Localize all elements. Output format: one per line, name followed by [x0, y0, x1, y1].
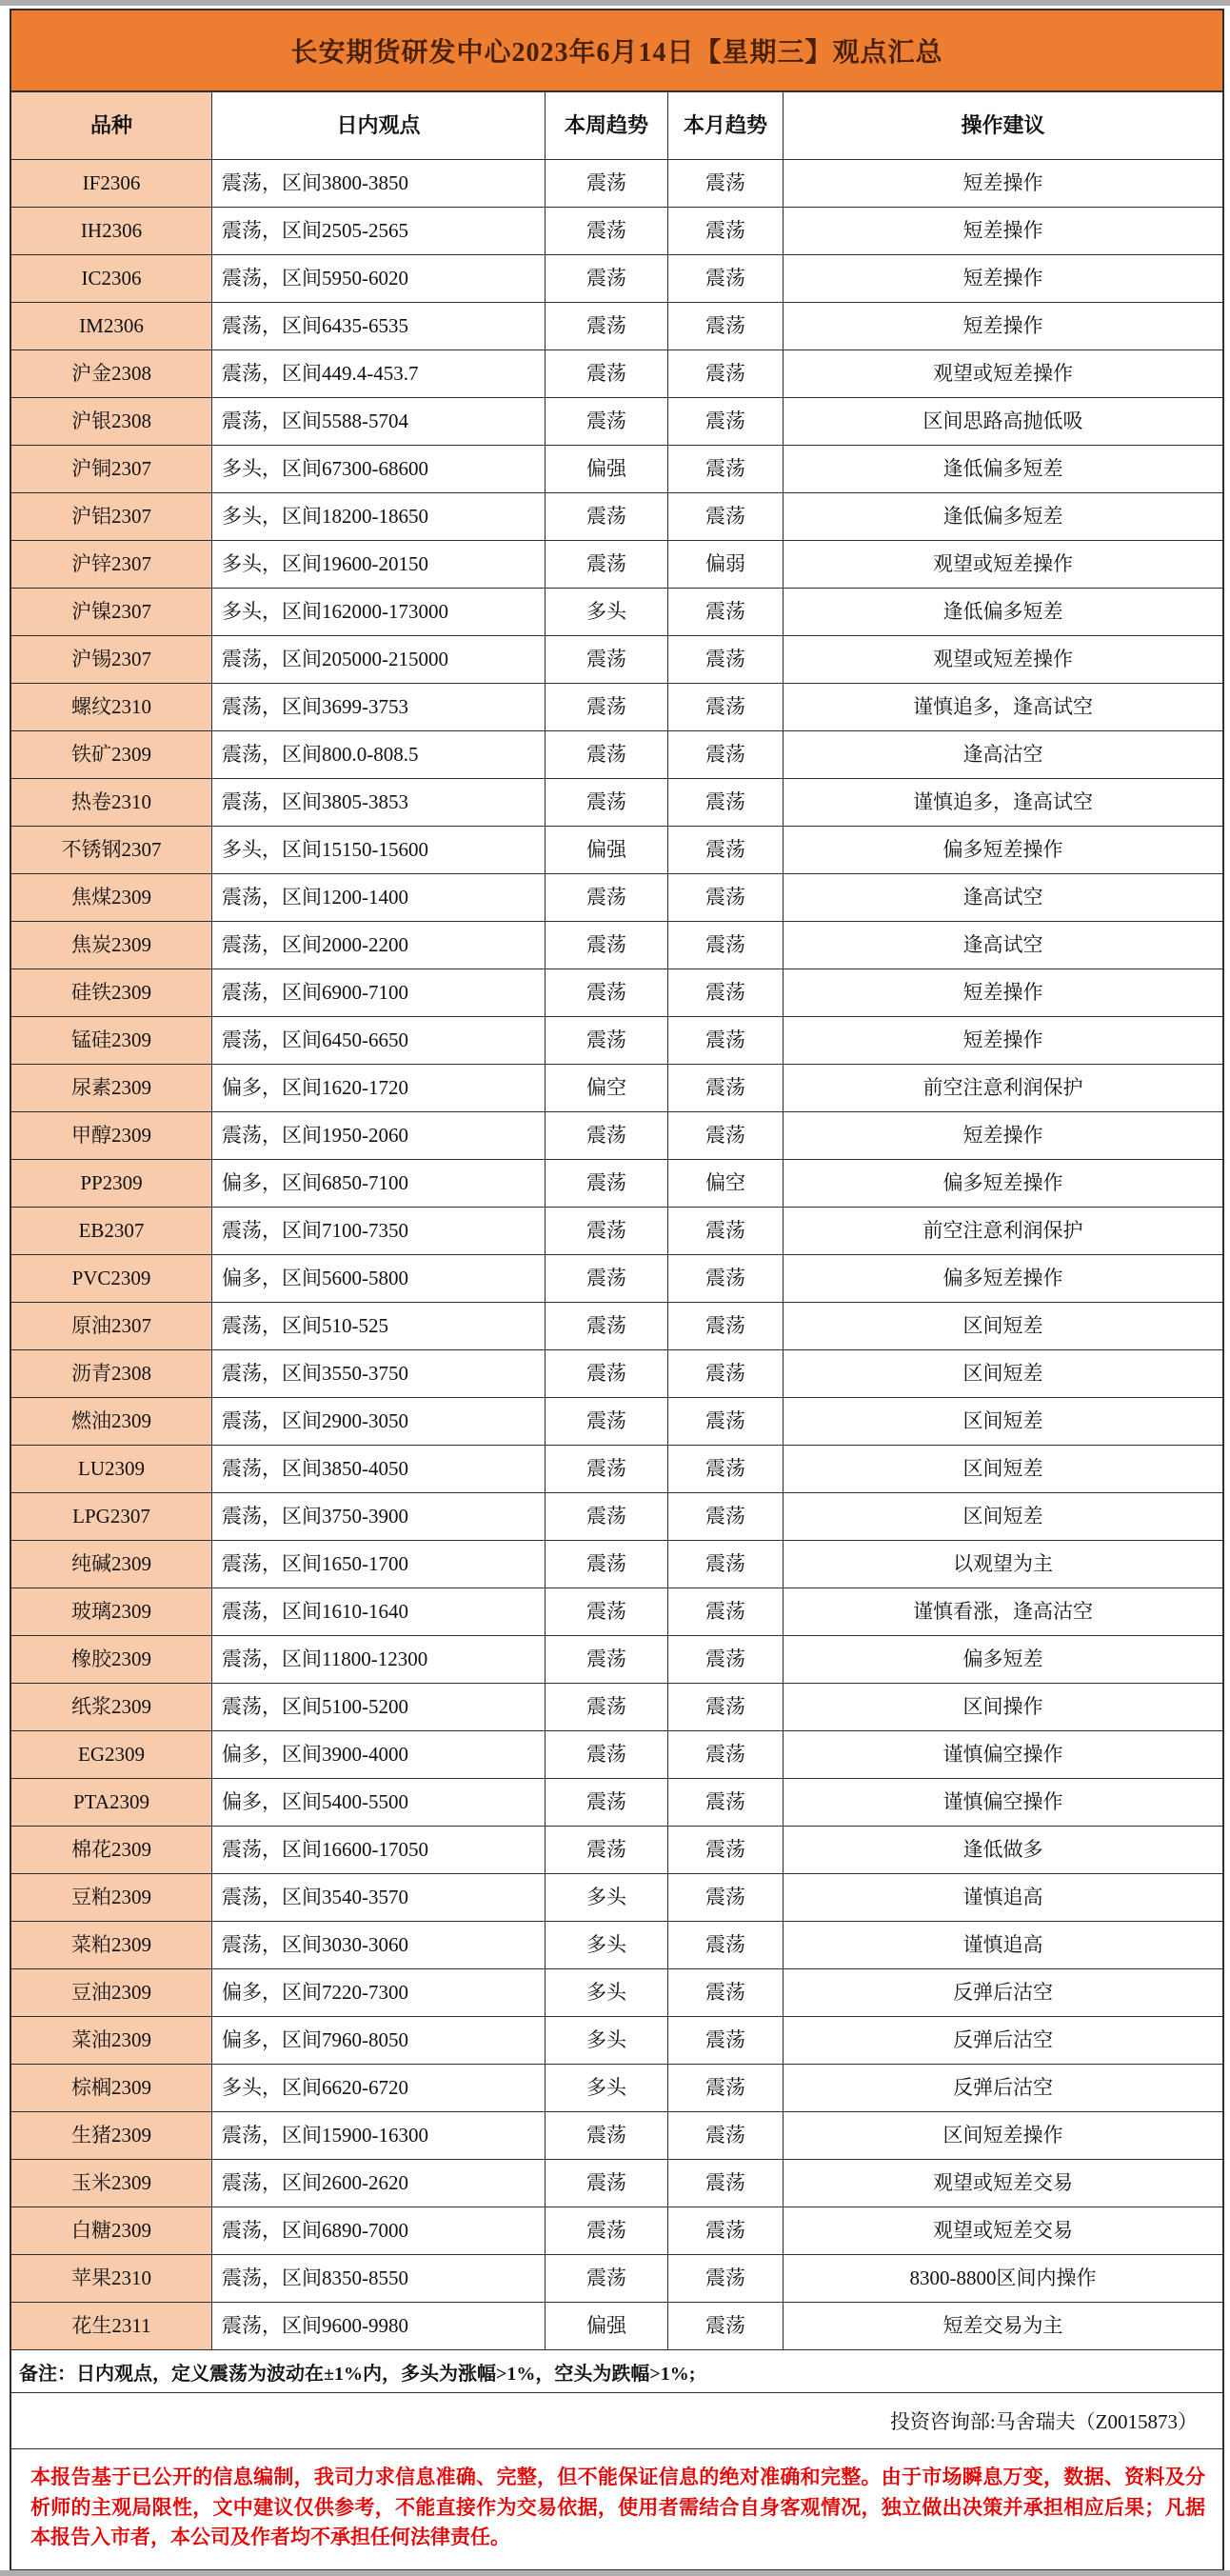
weekly-trend-cell: 震荡: [546, 2255, 668, 2303]
monthly-trend-cell: 震荡: [668, 1017, 784, 1065]
monthly-trend-cell: 震荡: [668, 1969, 784, 2017]
variety-cell: IH2306: [11, 208, 212, 255]
variety-cell: 沪锡2307: [11, 636, 212, 684]
intraday-view-cell: 偏多，区间3900-4000: [212, 1731, 546, 1779]
advice-cell: 逢高沽空: [784, 731, 1222, 779]
monthly-trend-cell: 震荡: [668, 303, 784, 350]
table-row: 原油2307 震荡，区间510-525 震荡 震荡 区间短差: [11, 1303, 1222, 1350]
monthly-trend-cell: 震荡: [668, 2255, 784, 2303]
intraday-view-cell: 震荡，区间5100-5200: [212, 1684, 546, 1731]
advice-cell: 谨慎偏空操作: [784, 1731, 1222, 1779]
header-row: 品种 日内观点 本周趋势 本月趋势 操作建议: [11, 92, 1222, 160]
intraday-view-cell: 震荡，区间7100-7350: [212, 1208, 546, 1255]
weekly-trend-cell: 震荡: [546, 1827, 668, 1874]
column-header-monthly-trend: 本月趋势: [668, 92, 784, 160]
table-row: 锰硅2309 震荡，区间6450-6650 震荡 震荡 短差操作: [11, 1017, 1222, 1065]
intraday-view-cell: 震荡，区间16600-17050: [212, 1827, 546, 1874]
table-row: 螺纹2310 震荡，区间3699-3753 震荡 震荡 谨慎追多，逢高试空: [11, 684, 1222, 731]
column-header-advice: 操作建议: [784, 92, 1222, 160]
monthly-trend-cell: 震荡: [668, 1112, 784, 1160]
table-row: 豆油2309 偏多，区间7220-7300 多头 震荡 反弹后沽空: [11, 1969, 1222, 2017]
advice-cell: 偏多短差操作: [784, 827, 1222, 874]
advice-cell: 谨慎看涨，逢高沽空: [784, 1588, 1222, 1636]
advice-cell: 短差交易为主: [784, 2303, 1222, 2350]
variety-cell: 热卷2310: [11, 779, 212, 827]
table-row: 白糖2309 震荡，区间6890-7000 震荡 震荡 观望或短差交易: [11, 2207, 1222, 2255]
table-row: EG2309 偏多，区间3900-4000 震荡 震荡 谨慎偏空操作: [11, 1731, 1222, 1779]
weekly-trend-cell: 震荡: [546, 2207, 668, 2255]
weekly-trend-cell: 震荡: [546, 1779, 668, 1827]
weekly-trend-cell: 震荡: [546, 398, 668, 446]
table-row: 沪锡2307 震荡，区间205000-215000 震荡 震荡 观望或短差操作: [11, 636, 1222, 684]
intraday-view-cell: 震荡，区间5950-6020: [212, 255, 546, 303]
variety-cell: 白糖2309: [11, 2207, 212, 2255]
intraday-view-cell: 震荡，区间9600-9980: [212, 2303, 546, 2350]
advice-cell: 观望或短差操作: [784, 350, 1222, 398]
monthly-trend-cell: 震荡: [668, 2065, 784, 2112]
intraday-view-cell: 震荡，区间3030-3060: [212, 1922, 546, 1969]
intraday-view-cell: 震荡，区间8350-8550: [212, 2255, 546, 2303]
advice-cell: 前空注意利润保护: [784, 1065, 1222, 1112]
monthly-trend-cell: 偏弱: [668, 541, 784, 589]
table-row: EB2307 震荡，区间7100-7350 震荡 震荡 前空注意利润保护: [11, 1208, 1222, 1255]
advice-cell: 短差操作: [784, 255, 1222, 303]
report-title: 长安期货研发中心2023年6月14日【星期三】观点汇总: [11, 10, 1222, 92]
table-row: 沪镍2307 多头，区间162000-173000 多头 震荡 逢低偏多短差: [11, 589, 1222, 636]
weekly-trend-cell: 震荡: [546, 303, 668, 350]
monthly-trend-cell: 震荡: [668, 398, 784, 446]
weekly-trend-cell: 多头: [546, 589, 668, 636]
variety-cell: LU2309: [11, 1446, 212, 1493]
table-row: 菜油2309 偏多，区间7960-8050 多头 震荡 反弹后沽空: [11, 2017, 1222, 2065]
monthly-trend-cell: 震荡: [668, 2112, 784, 2160]
table-row: 豆粕2309 震荡，区间3540-3570 多头 震荡 谨慎追高: [11, 1874, 1222, 1922]
table-row: 沥青2308 震荡，区间3550-3750 震荡 震荡 区间短差: [11, 1350, 1222, 1398]
variety-cell: PP2309: [11, 1160, 212, 1208]
page-bottom-edge: [0, 2570, 1230, 2576]
weekly-trend-cell: 震荡: [546, 1350, 668, 1398]
intraday-view-cell: 多头，区间18200-18650: [212, 493, 546, 541]
remark-row: 备注：日内观点，定义震荡为波动在±1%内，多头为涨幅>1%，空头为跌幅>1%;: [11, 2350, 1222, 2393]
weekly-trend-cell: 震荡: [546, 1208, 668, 1255]
intraday-view-cell: 多头，区间19600-20150: [212, 541, 546, 589]
weekly-trend-cell: 震荡: [546, 636, 668, 684]
advice-cell: 偏多短差: [784, 1636, 1222, 1684]
weekly-trend-cell: 震荡: [546, 1398, 668, 1446]
variety-cell: EG2309: [11, 1731, 212, 1779]
variety-cell: 棕榈2309: [11, 2065, 212, 2112]
intraday-view-cell: 震荡，区间3550-3750: [212, 1350, 546, 1398]
weekly-trend-cell: 震荡: [546, 731, 668, 779]
weekly-trend-cell: 震荡: [546, 255, 668, 303]
weekly-trend-cell: 多头: [546, 1969, 668, 2017]
monthly-trend-cell: 震荡: [668, 922, 784, 969]
advice-cell: 逢低偏多短差: [784, 589, 1222, 636]
table-row: 铁矿2309 震荡，区间800.0-808.5 震荡 震荡 逢高沽空: [11, 731, 1222, 779]
weekly-trend-cell: 震荡: [546, 1636, 668, 1684]
variety-cell: 沪银2308: [11, 398, 212, 446]
intraday-view-cell: 震荡，区间449.4-453.7: [212, 350, 546, 398]
table-row: 甲醇2309 震荡，区间1950-2060 震荡 震荡 短差操作: [11, 1112, 1222, 1160]
weekly-trend-cell: 多头: [546, 2017, 668, 2065]
table-row: 硅铁2309 震荡，区间6900-7100 震荡 震荡 短差操作: [11, 969, 1222, 1017]
variety-cell: 甲醇2309: [11, 1112, 212, 1160]
monthly-trend-cell: 震荡: [668, 2160, 784, 2207]
weekly-trend-cell: 震荡: [546, 493, 668, 541]
monthly-trend-cell: 震荡: [668, 1541, 784, 1588]
table-row: 尿素2309 偏多，区间1620-1720 偏空 震荡 前空注意利润保护: [11, 1065, 1222, 1112]
intraday-view-cell: 震荡，区间1650-1700: [212, 1541, 546, 1588]
column-header-variety: 品种: [11, 92, 212, 160]
table-row: 菜粕2309 震荡，区间3030-3060 多头 震荡 谨慎追高: [11, 1922, 1222, 1969]
variety-cell: 沪铜2307: [11, 446, 212, 493]
monthly-trend-cell: 震荡: [668, 779, 784, 827]
monthly-trend-cell: 震荡: [668, 2303, 784, 2350]
weekly-trend-cell: 震荡: [546, 1493, 668, 1541]
intraday-view-cell: 震荡，区间3699-3753: [212, 684, 546, 731]
advice-cell: 区间短差: [784, 1303, 1222, 1350]
monthly-trend-cell: 震荡: [668, 636, 784, 684]
intraday-view-cell: 多头，区间67300-68600: [212, 446, 546, 493]
table-row: 燃油2309 震荡，区间2900-3050 震荡 震荡 区间短差: [11, 1398, 1222, 1446]
table-row: IH2306 震荡，区间2505-2565 震荡 震荡 短差操作: [11, 208, 1222, 255]
intraday-view-cell: 偏多，区间5600-5800: [212, 1255, 546, 1303]
weekly-trend-cell: 震荡: [546, 1017, 668, 1065]
advice-cell: 短差操作: [784, 208, 1222, 255]
intraday-view-cell: 震荡，区间3805-3853: [212, 779, 546, 827]
monthly-trend-cell: 震荡: [668, 1255, 784, 1303]
disclaimer-text: 本报告基于已公开的信息编制，我司力求信息准确、完整，但不能保证信息的绝对准确和完…: [11, 2449, 1222, 2569]
variety-cell: 苹果2310: [11, 2255, 212, 2303]
weekly-trend-cell: 震荡: [546, 1541, 668, 1588]
table-row: 棉花2309 震荡，区间16600-17050 震荡 震荡 逢低做多: [11, 1827, 1222, 1874]
variety-cell: 橡胶2309: [11, 1636, 212, 1684]
intraday-view-cell: 偏多，区间7220-7300: [212, 1969, 546, 2017]
monthly-trend-cell: 震荡: [668, 1398, 784, 1446]
advice-cell: 反弹后沽空: [784, 2065, 1222, 2112]
monthly-trend-cell: 震荡: [668, 1446, 784, 1493]
monthly-trend-cell: 震荡: [668, 2207, 784, 2255]
weekly-trend-cell: 震荡: [546, 1731, 668, 1779]
advice-cell: 区间操作: [784, 1684, 1222, 1731]
advice-cell: 谨慎偏空操作: [784, 1779, 1222, 1827]
weekly-trend-cell: 偏空: [546, 1065, 668, 1112]
weekly-trend-cell: 震荡: [546, 684, 668, 731]
intraday-view-cell: 偏多，区间6850-7100: [212, 1160, 546, 1208]
advice-cell: 谨慎追高: [784, 1874, 1222, 1922]
variety-cell: LPG2307: [11, 1493, 212, 1541]
advice-cell: 短差操作: [784, 303, 1222, 350]
advice-cell: 区间短差: [784, 1398, 1222, 1446]
weekly-trend-cell: 震荡: [546, 350, 668, 398]
intraday-view-cell: 震荡，区间11800-12300: [212, 1636, 546, 1684]
table-row: PP2309 偏多，区间6850-7100 震荡 偏空 偏多短差操作: [11, 1160, 1222, 1208]
variety-cell: 沪锌2307: [11, 541, 212, 589]
variety-cell: 沪铝2307: [11, 493, 212, 541]
monthly-trend-cell: 偏空: [668, 1160, 784, 1208]
variety-cell: 纸浆2309: [11, 1684, 212, 1731]
intraday-view-cell: 震荡，区间3800-3850: [212, 160, 546, 208]
variety-cell: 沪金2308: [11, 350, 212, 398]
variety-cell: 生猪2309: [11, 2112, 212, 2160]
report-table: 长安期货研发中心2023年6月14日【星期三】观点汇总 品种 日内观点 本周趋势…: [10, 9, 1224, 2571]
weekly-trend-cell: 震荡: [546, 1446, 668, 1493]
table-row: 沪铜2307 多头，区间67300-68600 偏强 震荡 逢低偏多短差: [11, 446, 1222, 493]
column-header-weekly-trend: 本周趋势: [546, 92, 668, 160]
advice-cell: 逢高试空: [784, 874, 1222, 922]
intraday-view-cell: 震荡，区间15900-16300: [212, 2112, 546, 2160]
intraday-view-cell: 震荡，区间205000-215000: [212, 636, 546, 684]
weekly-trend-cell: 震荡: [546, 969, 668, 1017]
monthly-trend-cell: 震荡: [668, 493, 784, 541]
intraday-view-cell: 多头，区间15150-15600: [212, 827, 546, 874]
weekly-trend-cell: 震荡: [546, 1255, 668, 1303]
advice-cell: 逢低偏多短差: [784, 446, 1222, 493]
weekly-trend-cell: 多头: [546, 1922, 668, 1969]
monthly-trend-cell: 震荡: [668, 969, 784, 1017]
variety-cell: 尿素2309: [11, 1065, 212, 1112]
variety-cell: 硅铁2309: [11, 969, 212, 1017]
variety-cell: 玉米2309: [11, 2160, 212, 2207]
weekly-trend-cell: 震荡: [546, 1684, 668, 1731]
variety-cell: IF2306: [11, 160, 212, 208]
table-row: 花生2311 震荡，区间9600-9980 偏强 震荡 短差交易为主: [11, 2303, 1222, 2350]
variety-cell: 不锈钢2307: [11, 827, 212, 874]
monthly-trend-cell: 震荡: [668, 1731, 784, 1779]
intraday-view-cell: 偏多，区间7960-8050: [212, 2017, 546, 2065]
table-row: PTA2309 偏多，区间5400-5500 震荡 震荡 谨慎偏空操作: [11, 1779, 1222, 1827]
table-row: 沪铝2307 多头，区间18200-18650 震荡 震荡 逢低偏多短差: [11, 493, 1222, 541]
table-row: 纸浆2309 震荡，区间5100-5200 震荡 震荡 区间操作: [11, 1684, 1222, 1731]
variety-cell: 螺纹2310: [11, 684, 212, 731]
intraday-view-cell: 震荡，区间3750-3900: [212, 1493, 546, 1541]
intraday-view-cell: 多头，区间162000-173000: [212, 589, 546, 636]
variety-cell: 沥青2308: [11, 1350, 212, 1398]
column-header-intraday-view: 日内观点: [212, 92, 546, 160]
variety-cell: 原油2307: [11, 1303, 212, 1350]
advice-cell: 偏多短差操作: [784, 1160, 1222, 1208]
variety-cell: 菜粕2309: [11, 1922, 212, 1969]
advice-cell: 区间短差: [784, 1493, 1222, 1541]
table-row: IF2306 震荡，区间3800-3850 震荡 震荡 短差操作: [11, 160, 1222, 208]
table-row: LU2309 震荡，区间3850-4050 震荡 震荡 区间短差: [11, 1446, 1222, 1493]
monthly-trend-cell: 震荡: [668, 208, 784, 255]
advice-cell: 前空注意利润保护: [784, 1208, 1222, 1255]
monthly-trend-cell: 震荡: [668, 1779, 784, 1827]
monthly-trend-cell: 震荡: [668, 1065, 784, 1112]
advice-cell: 区间短差操作: [784, 2112, 1222, 2160]
variety-cell: IM2306: [11, 303, 212, 350]
intraday-view-cell: 震荡，区间6890-7000: [212, 2207, 546, 2255]
monthly-trend-cell: 震荡: [668, 874, 784, 922]
monthly-trend-cell: 震荡: [668, 2017, 784, 2065]
advice-cell: 以观望为主: [784, 1541, 1222, 1588]
intraday-view-cell: 震荡，区间6435-6535: [212, 303, 546, 350]
intraday-view-cell: 震荡，区间800.0-808.5: [212, 731, 546, 779]
weekly-trend-cell: 震荡: [546, 779, 668, 827]
table-row: IM2306 震荡，区间6435-6535 震荡 震荡 短差操作: [11, 303, 1222, 350]
variety-cell: EB2307: [11, 1208, 212, 1255]
table-row: 沪金2308 震荡，区间449.4-453.7 震荡 震荡 观望或短差操作: [11, 350, 1222, 398]
variety-cell: 锰硅2309: [11, 1017, 212, 1065]
weekly-trend-cell: 偏强: [546, 827, 668, 874]
variety-cell: 沪镍2307: [11, 589, 212, 636]
advice-cell: 观望或短差交易: [784, 2160, 1222, 2207]
advice-cell: 区间短差: [784, 1446, 1222, 1493]
weekly-trend-cell: 震荡: [546, 1588, 668, 1636]
variety-cell: IC2306: [11, 255, 212, 303]
variety-cell: PTA2309: [11, 1779, 212, 1827]
table-row: LPG2307 震荡，区间3750-3900 震荡 震荡 区间短差: [11, 1493, 1222, 1541]
advisor-row: 投资咨询部:马舍瑞夫（Z0015873）: [11, 2393, 1222, 2449]
advice-cell: 逢低做多: [784, 1827, 1222, 1874]
monthly-trend-cell: 震荡: [668, 1350, 784, 1398]
monthly-trend-cell: 震荡: [668, 350, 784, 398]
advice-cell: 反弹后沽空: [784, 2017, 1222, 2065]
weekly-trend-cell: 震荡: [546, 874, 668, 922]
intraday-view-cell: 震荡，区间6450-6650: [212, 1017, 546, 1065]
variety-cell: 燃油2309: [11, 1398, 212, 1446]
table-row: 沪锌2307 多头，区间19600-20150 震荡 偏弱 观望或短差操作: [11, 541, 1222, 589]
weekly-trend-cell: 偏强: [546, 2303, 668, 2350]
table-row: 焦煤2309 震荡，区间1200-1400 震荡 震荡 逢高试空: [11, 874, 1222, 922]
weekly-trend-cell: 震荡: [546, 160, 668, 208]
intraday-view-cell: 震荡，区间2000-2200: [212, 922, 546, 969]
monthly-trend-cell: 震荡: [668, 1588, 784, 1636]
table-row: 纯碱2309 震荡，区间1650-1700 震荡 震荡 以观望为主: [11, 1541, 1222, 1588]
advice-cell: 谨慎追多，逢高试空: [784, 684, 1222, 731]
intraday-view-cell: 震荡，区间5588-5704: [212, 398, 546, 446]
weekly-trend-cell: 震荡: [546, 541, 668, 589]
monthly-trend-cell: 震荡: [668, 1827, 784, 1874]
table-row: IC2306 震荡，区间5950-6020 震荡 震荡 短差操作: [11, 255, 1222, 303]
advice-cell: 逢低偏多短差: [784, 493, 1222, 541]
table-row: PVC2309 偏多，区间5600-5800 震荡 震荡 偏多短差操作: [11, 1255, 1222, 1303]
monthly-trend-cell: 震荡: [668, 1636, 784, 1684]
intraday-view-cell: 震荡，区间1610-1640: [212, 1588, 546, 1636]
table-row: 橡胶2309 震荡，区间11800-12300 震荡 震荡 偏多短差: [11, 1636, 1222, 1684]
table-row: 不锈钢2307 多头，区间15150-15600 偏强 震荡 偏多短差操作: [11, 827, 1222, 874]
weekly-trend-cell: 震荡: [546, 1160, 668, 1208]
advice-cell: 区间思路高抛低吸: [784, 398, 1222, 446]
monthly-trend-cell: 震荡: [668, 1922, 784, 1969]
advice-cell: 短差操作: [784, 1112, 1222, 1160]
weekly-trend-cell: 震荡: [546, 922, 668, 969]
advice-cell: 观望或短差操作: [784, 541, 1222, 589]
monthly-trend-cell: 震荡: [668, 446, 784, 493]
variety-cell: 菜油2309: [11, 2017, 212, 2065]
advice-cell: 观望或短差操作: [784, 636, 1222, 684]
intraday-view-cell: 震荡，区间1200-1400: [212, 874, 546, 922]
monthly-trend-cell: 震荡: [668, 684, 784, 731]
table-row: 玉米2309 震荡，区间2600-2620 震荡 震荡 观望或短差交易: [11, 2160, 1222, 2207]
advice-cell: 逢高试空: [784, 922, 1222, 969]
page-top-edge: [0, 0, 1230, 6]
table-row: 玻璃2309 震荡，区间1610-1640 震荡 震荡 谨慎看涨，逢高沽空: [11, 1588, 1222, 1636]
monthly-trend-cell: 震荡: [668, 731, 784, 779]
advice-cell: 短差操作: [784, 969, 1222, 1017]
intraday-view-cell: 震荡，区间6900-7100: [212, 969, 546, 1017]
variety-cell: 焦煤2309: [11, 874, 212, 922]
advice-cell: 观望或短差交易: [784, 2207, 1222, 2255]
table-body: IF2306 震荡，区间3800-3850 震荡 震荡 短差操作 IH2306 …: [11, 160, 1222, 2350]
monthly-trend-cell: 震荡: [668, 1684, 784, 1731]
intraday-view-cell: 震荡，区间1950-2060: [212, 1112, 546, 1160]
advice-cell: 短差操作: [784, 1017, 1222, 1065]
table-row: 苹果2310 震荡，区间8350-8550 震荡 震荡 8300-8800区间内…: [11, 2255, 1222, 2303]
intraday-view-cell: 震荡，区间510-525: [212, 1303, 546, 1350]
variety-cell: 纯碱2309: [11, 1541, 212, 1588]
advice-cell: 反弹后沽空: [784, 1969, 1222, 2017]
weekly-trend-cell: 偏强: [546, 446, 668, 493]
variety-cell: 焦炭2309: [11, 922, 212, 969]
intraday-view-cell: 震荡，区间3540-3570: [212, 1874, 546, 1922]
variety-cell: 豆粕2309: [11, 1874, 212, 1922]
variety-cell: 豆油2309: [11, 1969, 212, 2017]
advice-cell: 区间短差: [784, 1350, 1222, 1398]
intraday-view-cell: 偏多，区间5400-5500: [212, 1779, 546, 1827]
table-row: 热卷2310 震荡，区间3805-3853 震荡 震荡 谨慎追多，逢高试空: [11, 779, 1222, 827]
table-row: 焦炭2309 震荡，区间2000-2200 震荡 震荡 逢高试空: [11, 922, 1222, 969]
monthly-trend-cell: 震荡: [668, 589, 784, 636]
advice-cell: 谨慎追多，逢高试空: [784, 779, 1222, 827]
table-row: 生猪2309 震荡，区间15900-16300 震荡 震荡 区间短差操作: [11, 2112, 1222, 2160]
weekly-trend-cell: 震荡: [546, 2160, 668, 2207]
variety-cell: 铁矿2309: [11, 731, 212, 779]
monthly-trend-cell: 震荡: [668, 827, 784, 874]
weekly-trend-cell: 震荡: [546, 2112, 668, 2160]
advice-cell: 谨慎追高: [784, 1922, 1222, 1969]
monthly-trend-cell: 震荡: [668, 1493, 784, 1541]
table-row: 棕榈2309 多头，区间6620-6720 多头 震荡 反弹后沽空: [11, 2065, 1222, 2112]
intraday-view-cell: 偏多，区间1620-1720: [212, 1065, 546, 1112]
weekly-trend-cell: 震荡: [546, 1303, 668, 1350]
intraday-view-cell: 震荡，区间2505-2565: [212, 208, 546, 255]
table-row: 沪银2308 震荡，区间5588-5704 震荡 震荡 区间思路高抛低吸: [11, 398, 1222, 446]
monthly-trend-cell: 震荡: [668, 1303, 784, 1350]
intraday-view-cell: 多头，区间6620-6720: [212, 2065, 546, 2112]
variety-cell: 玻璃2309: [11, 1588, 212, 1636]
intraday-view-cell: 震荡，区间2600-2620: [212, 2160, 546, 2207]
monthly-trend-cell: 震荡: [668, 1208, 784, 1255]
advice-cell: 偏多短差操作: [784, 1255, 1222, 1303]
weekly-trend-cell: 震荡: [546, 208, 668, 255]
variety-cell: PVC2309: [11, 1255, 212, 1303]
variety-cell: 花生2311: [11, 2303, 212, 2350]
monthly-trend-cell: 震荡: [668, 1874, 784, 1922]
weekly-trend-cell: 多头: [546, 1874, 668, 1922]
advice-cell: 8300-8800区间内操作: [784, 2255, 1222, 2303]
advice-cell: 短差操作: [784, 160, 1222, 208]
monthly-trend-cell: 震荡: [668, 255, 784, 303]
variety-cell: 棉花2309: [11, 1827, 212, 1874]
intraday-view-cell: 震荡，区间2900-3050: [212, 1398, 546, 1446]
weekly-trend-cell: 震荡: [546, 1112, 668, 1160]
intraday-view-cell: 震荡，区间3850-4050: [212, 1446, 546, 1493]
weekly-trend-cell: 多头: [546, 2065, 668, 2112]
monthly-trend-cell: 震荡: [668, 160, 784, 208]
